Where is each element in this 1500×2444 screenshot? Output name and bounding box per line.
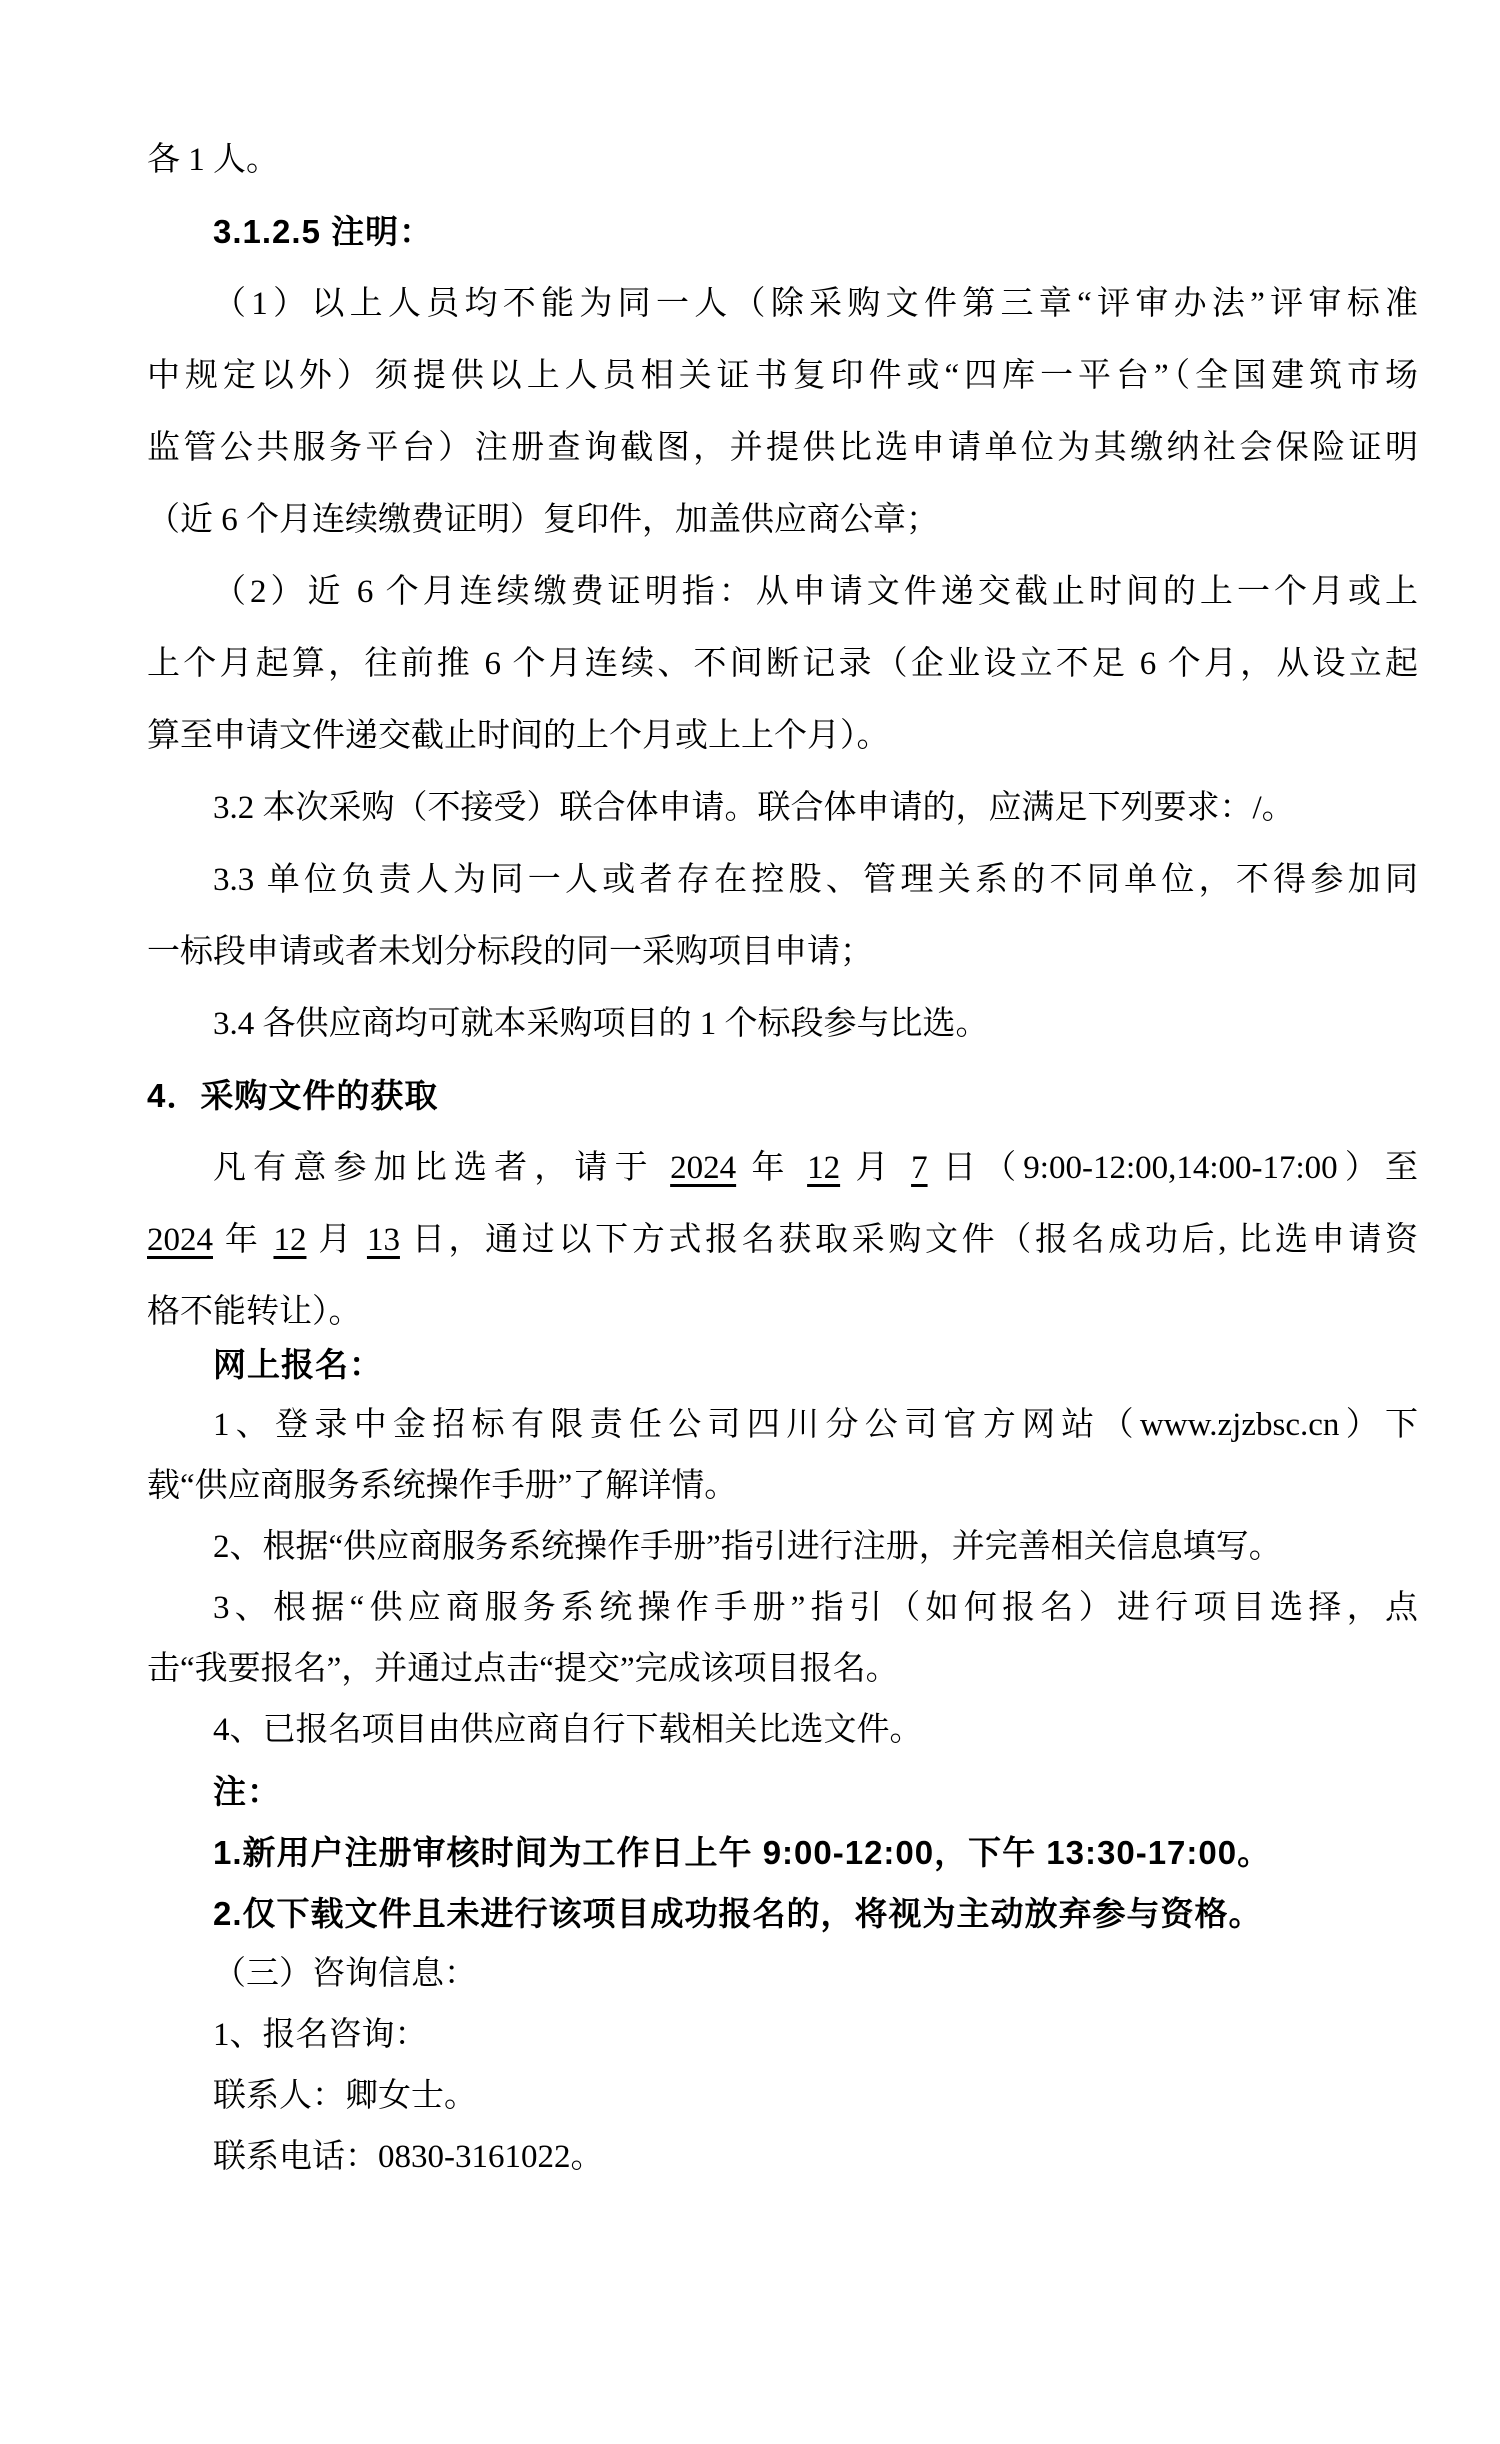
- text-segment: 各 1 人。: [147, 142, 279, 178]
- text-segment: 2.仅下载文件且未进行该项目成功报名的，将视为主动放弃参与资格。: [213, 1895, 1263, 1932]
- text-segment: （近 6 个月连续缴费证明）复印件，加盖供应商公章；: [147, 502, 939, 538]
- text-segment: （2）近 6 个月连续缴费证明指：从申请文件递交截止时间的上一个月或上: [213, 574, 1418, 610]
- text-segment: 载“供应商服务系统操作手册”了解详情。: [147, 1468, 737, 1504]
- text-line: （近 6 个月连续缴费证明）复印件，加盖供应商公章；: [147, 484, 1418, 556]
- text-line: （三）咨询信息：: [147, 1944, 1418, 2005]
- notice-section-upper: 各 1 人。3.1.2.5 注明：（1）以上人员均不能为同一人（除采购文件第三章…: [147, 124, 1418, 1348]
- text-line: 击“我要报名”，并通过点击“提交”完成该项目报名。: [147, 1639, 1418, 1700]
- text-line: 注：: [147, 1761, 1418, 1822]
- text-segment: 3.2 本次采购（不接受）联合体申请。联合体申请的，应满足下列要求：/。: [213, 790, 1295, 826]
- text-segment: 中规定以外）须提供以上人员相关证书复印件或“四库一平台”（全国建筑市场: [147, 358, 1418, 394]
- text-line: （1）以上人员均不能为同一人（除采购文件第三章“评审办法”评审标准: [147, 268, 1418, 340]
- text-line: 凡有意参加比选者，请于 2024 年 12 月 7 日（9:00-12:00,1…: [147, 1132, 1418, 1204]
- text-line: 网上报名：: [147, 1334, 1418, 1395]
- text-segment: 年: [213, 1222, 273, 1258]
- text-line: 中规定以外）须提供以上人员相关证书复印件或“四库一平台”（全国建筑市场: [147, 340, 1418, 412]
- text-segment: 3.1.2.5 注明：: [213, 213, 433, 250]
- text-line: 2.仅下载文件且未进行该项目成功报名的，将视为主动放弃参与资格。: [147, 1883, 1418, 1944]
- text-line: 一标段申请或者未划分标段的同一采购项目申请；: [147, 916, 1418, 988]
- underlined-value: 13: [367, 1222, 400, 1258]
- document-page: 各 1 人。3.1.2.5 注明：（1）以上人员均不能为同一人（除采购文件第三章…: [0, 0, 1500, 2444]
- text-line: 4、已报名项目由供应商自行下载相关比选文件。: [147, 1700, 1418, 1761]
- text-line: 4．采购文件的获取: [147, 1060, 1418, 1132]
- text-line: 3、根据“供应商服务系统操作手册”指引（如何报名）进行项目选择，点: [147, 1578, 1418, 1639]
- text-segment: 2、根据“供应商服务系统操作手册”指引进行注册，并完善相关信息填写。: [213, 1529, 1282, 1565]
- text-line: 2、根据“供应商服务系统操作手册”指引进行注册，并完善相关信息填写。: [147, 1517, 1418, 1578]
- underlined-value: 2024: [147, 1222, 213, 1258]
- text-line: 各 1 人。: [147, 124, 1418, 196]
- text-segment: 监管公共服务平台）注册查询截图，并提供比选申请单位为其缴纳社会保险证明: [147, 430, 1418, 466]
- underlined-value: 7: [911, 1150, 928, 1186]
- text-segment: 4、已报名项目由供应商自行下载相关比选文件。: [213, 1712, 923, 1748]
- text-line: 1、登录中金招标有限责任公司四川分公司官方网站（www.zjzbsc.cn）下: [147, 1395, 1418, 1456]
- text-line: 3.4 各供应商均可就本采购项目的 1 个标段参与比选。: [147, 988, 1418, 1060]
- text-line: 2024 年 12 月 13 日，通过以下方式报名获取采购文件（报名成功后, 比…: [147, 1204, 1418, 1276]
- text-line: 上个月起算，往前推 6 个月连续、不间断记录（企业设立不足 6 个月，从设立起: [147, 628, 1418, 700]
- text-segment: 联系人：卿女士。: [213, 2078, 477, 2114]
- text-line: 3.2 本次采购（不接受）联合体申请。联合体申请的，应满足下列要求：/。: [147, 772, 1418, 844]
- text-segment: 凡有意参加比选者，请于: [213, 1150, 670, 1186]
- text-segment: 日，通过以下方式报名获取采购文件（报名成功后, 比选申请资: [400, 1222, 1418, 1258]
- text-line: 1.新用户注册审核时间为工作日上午 9:00-12:00，下午 13:30-17…: [147, 1822, 1418, 1883]
- text-segment: 击“我要报名”，并通过点击“提交”完成该项目报名。: [147, 1651, 899, 1687]
- text-segment: 3.4 各供应商均可就本采购项目的 1 个标段参与比选。: [213, 1006, 989, 1042]
- text-segment: 1、登录中金招标有限责任公司四川分公司官方网站（www.zjzbsc.cn）下: [213, 1407, 1418, 1443]
- text-segment: 上个月起算，往前推 6 个月连续、不间断记录（企业设立不足 6 个月，从设立起: [147, 646, 1418, 682]
- text-segment: （三）咨询信息：: [213, 1956, 477, 1992]
- text-segment: 一标段申请或者未划分标段的同一采购项目申请；: [147, 934, 873, 970]
- text-line: 监管公共服务平台）注册查询截图，并提供比选申请单位为其缴纳社会保险证明: [147, 412, 1418, 484]
- text-line: （2）近 6 个月连续缴费证明指：从申请文件递交截止时间的上一个月或上: [147, 556, 1418, 628]
- text-segment: 算至申请文件递交截止时间的上个月或上上个月）。: [147, 718, 890, 754]
- text-segment: 注：: [213, 1773, 281, 1810]
- text-segment: 联系电话：0830-3161022。: [213, 2139, 604, 2175]
- text-line: 联系人：卿女士。: [147, 2066, 1418, 2127]
- text-line: 3.1.2.5 注明：: [147, 196, 1418, 268]
- text-line: 载“供应商服务系统操作手册”了解详情。: [147, 1456, 1418, 1517]
- text-segment: 网上报名：: [213, 1346, 383, 1383]
- page-content: 各 1 人。3.1.2.5 注明：（1）以上人员均不能为同一人（除采购文件第三章…: [147, 124, 1418, 2188]
- notice-section-lower: 网上报名：1、登录中金招标有限责任公司四川分公司官方网站（www.zjzbsc.…: [147, 1334, 1418, 2188]
- text-segment: （1）以上人员均不能为同一人（除采购文件第三章“评审办法”评审标准: [213, 286, 1418, 322]
- text-segment: 4．采购文件的获取: [147, 1077, 438, 1114]
- underlined-value: 12: [273, 1222, 306, 1258]
- text-segment: 1、报名咨询：: [213, 2017, 428, 2053]
- underlined-value: 2024: [670, 1150, 736, 1186]
- text-segment: 1.新用户注册审核时间为工作日上午 9:00-12:00，下午 13:30-17…: [213, 1834, 1271, 1871]
- text-segment: 3、根据“供应商服务系统操作手册”指引（如何报名）进行项目选择，点: [213, 1590, 1418, 1626]
- text-segment: 月: [306, 1222, 366, 1258]
- text-segment: 年: [736, 1150, 807, 1186]
- text-line: 3.3 单位负责人为同一人或者存在控股、管理关系的不同单位，不得参加同: [147, 844, 1418, 916]
- underlined-value: 12: [807, 1150, 840, 1186]
- text-segment: 日（9:00-12:00,14:00-17:00）至: [928, 1150, 1418, 1186]
- text-line: 算至申请文件递交截止时间的上个月或上上个月）。: [147, 700, 1418, 772]
- text-segment: 月: [840, 1150, 911, 1186]
- text-segment: 格不能转让）。: [147, 1294, 362, 1330]
- text-line: 联系电话：0830-3161022。: [147, 2127, 1418, 2188]
- text-line: 1、报名咨询：: [147, 2005, 1418, 2066]
- text-segment: 3.3 单位负责人为同一人或者存在控股、管理关系的不同单位，不得参加同: [213, 862, 1418, 898]
